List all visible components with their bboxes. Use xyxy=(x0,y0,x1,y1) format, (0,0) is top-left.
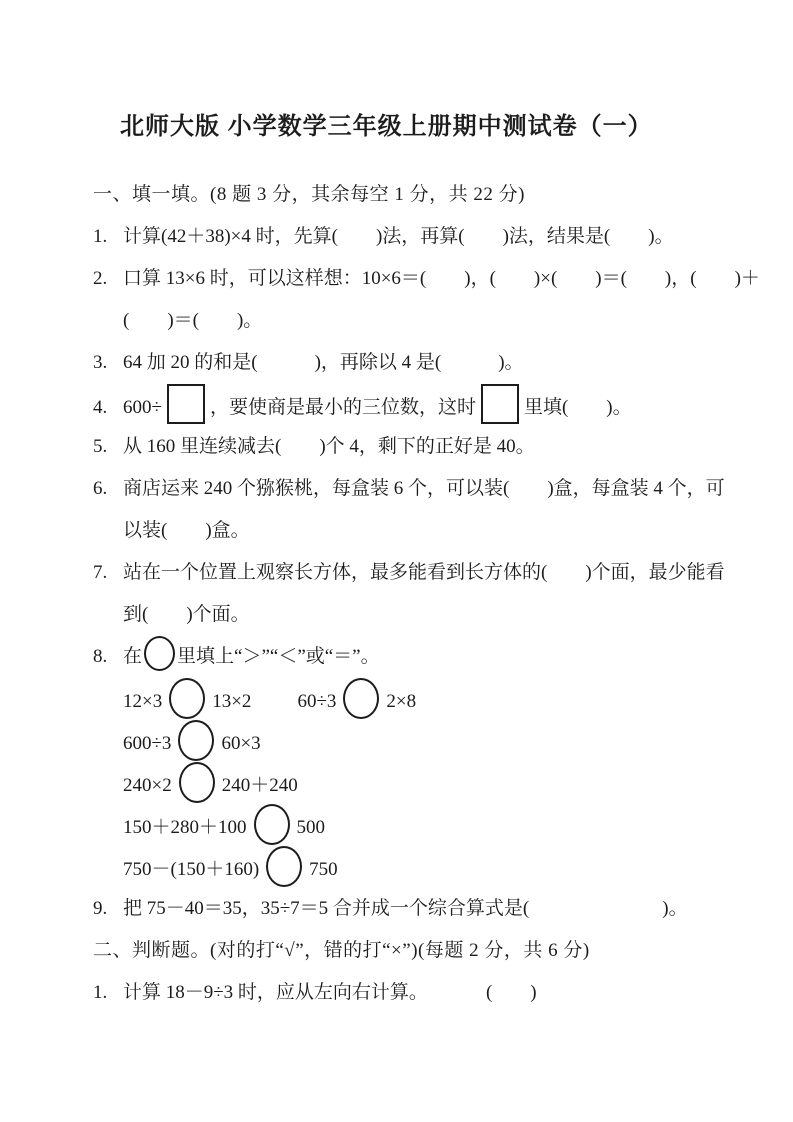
comparison-row: 600÷360×3 xyxy=(123,720,738,762)
comparison-right: 500 xyxy=(297,817,326,838)
question-text: 计算(42＋38)×4 时，先算( )法，再算( )法，结果是( )。 xyxy=(123,226,674,247)
question-number: 3. xyxy=(93,342,123,384)
question-number: 2. xyxy=(93,258,123,300)
question-1: 1.计算(42＋38)×4 时，先算( )法，再算( )法，结果是( )。 xyxy=(93,216,738,258)
comparison-right: 750 xyxy=(309,859,338,880)
comparison-left: 750－(150＋160) xyxy=(123,859,259,880)
question-number: 7. xyxy=(93,552,123,594)
question-4: 4.600÷，要使商是最小的三位数，这时里填( )。 xyxy=(93,384,738,426)
answer-blank: ( ) xyxy=(486,982,537,1003)
comparison-circle xyxy=(169,678,205,719)
question-text: 里填( )。 xyxy=(524,397,632,418)
comparison-left: 240×2 xyxy=(123,775,172,796)
question-text: 商店运来 240 个猕猴桃，每盒装 6 个，可以装( )盒，每盒装 4 个，可 xyxy=(123,478,725,499)
question-text: 计算 18－9÷3 时，应从左向右计算。 xyxy=(123,982,428,1003)
section-2-heading: 二、判断题。(对的打“√”，错的打“×”)(每题 2 分，共 6 分) xyxy=(93,930,738,972)
section-2-question-1: 1.计算 18－9÷3 时，应从左向右计算。( ) xyxy=(93,972,738,1014)
comparison-right: 2×8 xyxy=(386,691,416,712)
comparison-left: 150＋280＋100 xyxy=(123,817,247,838)
question-text: 站在一个位置上观察长方体，最多能看到长方体的( )个面，最少能看 xyxy=(123,562,725,583)
comparison-left: 600÷3 xyxy=(123,733,171,754)
comparison-row: 750－(150＋160)750 xyxy=(123,846,738,888)
comparison-circle xyxy=(178,720,214,761)
section-1-heading: 一、填一填。(8 题 3 分，其余每空 1 分，共 22 分) xyxy=(93,174,738,216)
comparison-circle xyxy=(343,678,379,719)
question-9: 9.把 75－40＝35，35÷7＝5 合并成一个综合算式是( )。 xyxy=(93,888,738,930)
question-text: 600÷ xyxy=(123,397,162,418)
question-number: 1. xyxy=(93,216,123,258)
question-text: 64 加 20 的和是( )，再除以 4 是( )。 xyxy=(123,352,524,373)
comparison-circle xyxy=(254,804,290,845)
question-text: 口算 13×6 时，可以这样想：10×6＝( )，( )×( )＝( )，( )… xyxy=(123,268,760,289)
blank-box xyxy=(481,384,519,424)
blank-box xyxy=(167,384,205,424)
question-7: 7.站在一个位置上观察长方体，最多能看到长方体的( )个面，最少能看 到( )个… xyxy=(93,552,738,636)
question-2: 2.口算 13×6 时，可以这样想：10×6＝( )，( )×( )＝( )，(… xyxy=(93,258,738,342)
question-text: 从 160 里连续减去( )个 4，剩下的正好是 40。 xyxy=(123,436,535,457)
question-text-continued: 以装( )盒。 xyxy=(123,520,250,541)
question-number: 6. xyxy=(93,468,123,510)
comparison-row: 150＋280＋100500 xyxy=(123,804,738,846)
question-6: 6.商店运来 240 个猕猴桃，每盒装 6 个，可以装( )盒，每盒装 4 个，… xyxy=(93,468,738,552)
question-number: 5. xyxy=(93,426,123,468)
question-number: 9. xyxy=(93,888,123,930)
question-text: ，要使商是最小的三位数，这时 xyxy=(210,397,476,418)
question-8: 8.在里填上“＞”“＜”或“＝”。 12×313×260÷32×8 600÷36… xyxy=(93,636,738,888)
comparison-left: 60÷3 xyxy=(297,691,336,712)
question-text-continued: ( )＝( )。 xyxy=(123,310,262,331)
question-text: 里填上“＞”“＜”或“＝”。 xyxy=(177,646,380,667)
exam-title: 北师大版 小学数学三年级上册期中测试卷（一） xyxy=(120,112,738,142)
question-text-continued: 到( )个面。 xyxy=(123,604,250,625)
exam-paper-page: 北师大版 小学数学三年级上册期中测试卷（一） 一、填一填。(8 题 3 分，其余… xyxy=(0,0,793,1122)
comparison-left: 12×3 xyxy=(123,691,162,712)
comparison-right: 240＋240 xyxy=(222,775,298,796)
comparison-row: 12×313×260÷32×8 xyxy=(123,678,738,720)
comparison-circle xyxy=(266,846,302,887)
comparison-circle xyxy=(144,636,175,671)
comparison-circle xyxy=(179,762,215,803)
comparison-right: 60×3 xyxy=(221,733,260,754)
comparison-row: 240×2240＋240 xyxy=(123,762,738,804)
comparison-right: 13×2 xyxy=(212,691,251,712)
question-number: 8. xyxy=(93,636,123,678)
question-text: 把 75－40＝35，35÷7＝5 合并成一个综合算式是( )。 xyxy=(123,898,688,919)
question-number: 4. xyxy=(93,387,123,429)
question-5: 5.从 160 里连续减去( )个 4，剩下的正好是 40。 xyxy=(93,426,738,468)
question-text: 在 xyxy=(123,646,142,667)
question-number: 1. xyxy=(93,972,123,1014)
question-3: 3.64 加 20 的和是( )，再除以 4 是( )。 xyxy=(93,342,738,384)
